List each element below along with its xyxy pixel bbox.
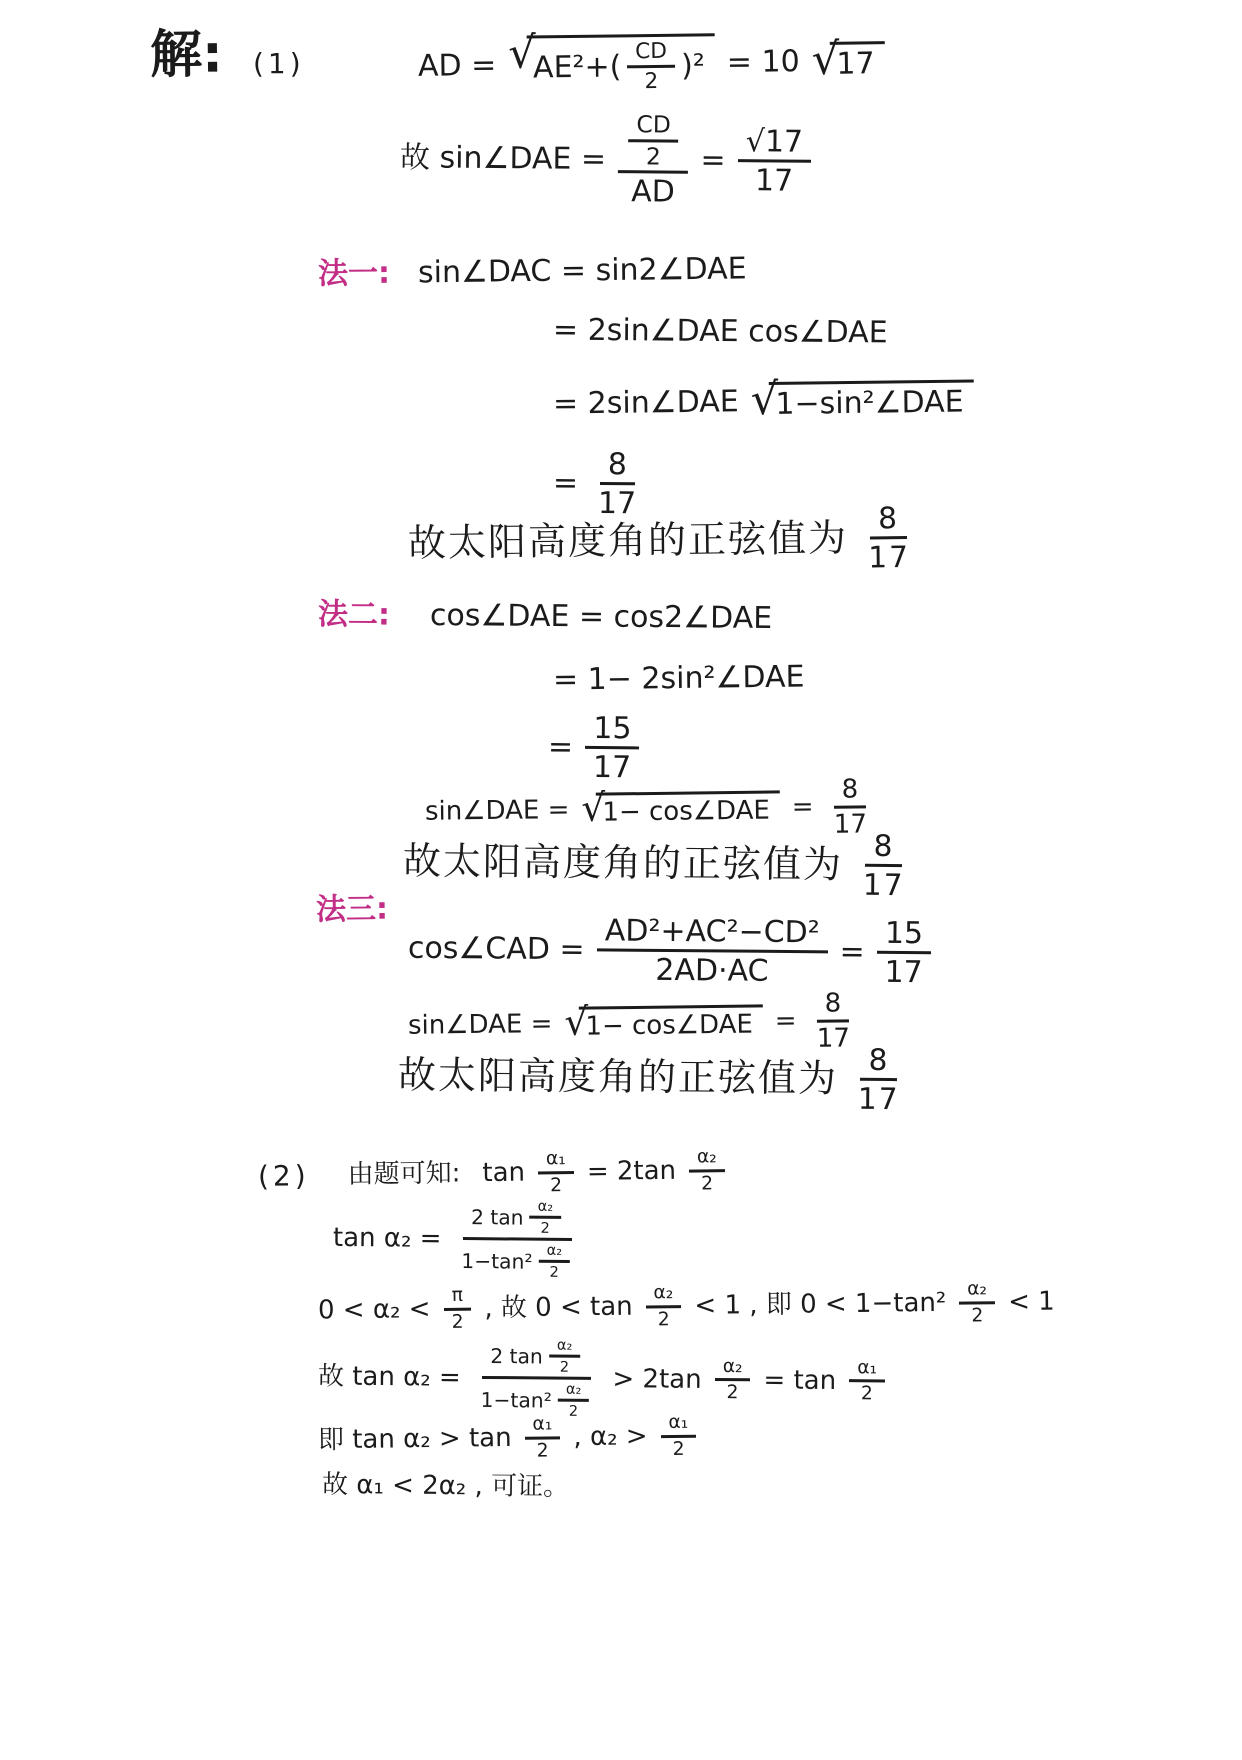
fraction-alpha1-2: α₁ 2	[660, 1413, 696, 1461]
fraction-8-17: 8 17	[855, 830, 913, 902]
fraction-numerator: α₁	[524, 1414, 560, 1439]
fraction-denominator: 2	[552, 1358, 577, 1376]
fraction-numerator: π	[444, 1286, 472, 1311]
gu-lhs: 故 tan α₂ =	[318, 1362, 461, 1392]
fraction-cosine-rule: AD²+AC²−CD² 2AD·AC	[596, 914, 828, 988]
numerator-pre: 2 tan	[471, 1206, 524, 1229]
equals-sign: =	[839, 936, 864, 970]
method2-step2: = 1− 2sin²∠DAE	[553, 660, 805, 697]
radicand-post: )²	[681, 49, 705, 83]
fraction-pi-2: π 2	[443, 1286, 471, 1333]
conclusion-text: 故太阳高度角的正弦值为	[403, 840, 843, 886]
fraction-cd2-over-ad: CD 2 AD	[618, 112, 689, 209]
final-statement: 故 α₁ < 2α₂ , 可证。	[322, 1471, 569, 1502]
fraction-alpha2-2: α₂ 2	[538, 1243, 570, 1281]
fraction-denominator: 2	[638, 142, 669, 170]
radicand: 1−sin²∠DAE	[769, 379, 974, 421]
fraction-denominator: 17	[850, 1080, 908, 1115]
fraction-8-17: 8 17	[850, 1044, 908, 1116]
sin-dae-lhs: 故 sin∠DAE =	[400, 142, 606, 177]
cos-cad-lhs: cos∠CAD =	[408, 932, 585, 967]
fraction-numerator: 8	[865, 830, 902, 867]
fraction-denominator: 2	[529, 1439, 557, 1462]
part1-number-label: (1)	[253, 48, 305, 79]
fraction-denominator: 17	[876, 954, 930, 989]
sqrt-radical: √ 1− cos∠DAE	[564, 1004, 763, 1042]
fraction-alpha2-2: α₂ 2	[549, 1338, 581, 1376]
radicand: 1− cos∠DAE	[579, 1004, 763, 1041]
fraction-denominator: 17	[747, 162, 801, 197]
fraction-8-17: 8 17	[860, 502, 919, 574]
fraction-cd-2: CD 2	[628, 112, 679, 170]
radicand-pre: AE²+(	[533, 50, 622, 85]
fraction-numerator: CD	[628, 112, 679, 142]
range-end: < 1	[1008, 1288, 1055, 1318]
formula-ad: AD = √ AE²+( CD 2 )² = 10 √ 17	[418, 31, 887, 96]
fraction-denominator: 2	[532, 1219, 557, 1237]
part1-number: (1)	[253, 48, 305, 79]
fraction-alpha2-2: α₂ 2	[714, 1357, 750, 1404]
greater-than-2tan: > 2tan	[612, 1365, 701, 1395]
fraction-denominator: 2	[963, 1304, 991, 1327]
range-mid1: , 故 0 < tan	[484, 1293, 633, 1324]
solution-prefix: 解:	[150, 26, 224, 85]
denominator-pre: 1−tan²	[461, 1250, 532, 1273]
fraction-alpha1-2: α₁ 2	[538, 1149, 574, 1197]
radicand: 1− cos∠DAE	[596, 790, 780, 827]
radical-sign-icon: √	[811, 39, 839, 79]
fraction-numerator: 8	[860, 1044, 897, 1081]
method2-step2-text: = 1− 2sin²∠DAE	[553, 660, 805, 697]
fraction-numerator: 8	[817, 989, 850, 1022]
fraction-numerator: 15	[877, 917, 932, 954]
part2-number-label: (2)	[258, 1160, 310, 1192]
part2-range-line: 0 < α₂ < π 2 , 故 0 < tan α₂ 2 < 1 , 即 0 …	[318, 1279, 1055, 1335]
fraction-denominator: 2	[665, 1437, 693, 1460]
fraction-denominator: 2	[636, 68, 666, 94]
ji-mid: , α₂ >	[573, 1422, 647, 1452]
equals-sign: =	[548, 731, 573, 765]
handwritten-solution-page: 解: (1) AD = √ AE²+( CD 2 )² = 10 √ 17 故 …	[0, 0, 1242, 1760]
denominator-pre: 1−tan²	[480, 1389, 551, 1412]
fraction-numerator: 2 tan α₂ 2	[482, 1337, 591, 1380]
fraction-denominator: 2	[853, 1382, 881, 1405]
fraction-numerator: α₁	[660, 1413, 696, 1438]
method1-step1: 法一: sin∠DAC = sin2∠DAE	[318, 252, 747, 291]
method3-label: 法三:	[316, 893, 388, 927]
fraction-numerator: 8	[834, 775, 867, 808]
fraction-alpha2-2: α₂ 2	[689, 1147, 725, 1195]
method1-label: 法一:	[318, 257, 390, 291]
ad-lhs: AD =	[418, 49, 497, 84]
equals-2tan: = 2tan	[587, 1157, 677, 1187]
fraction-denominator: 17	[860, 538, 918, 573]
fraction-numerator: 2 tan α₂ 2	[463, 1198, 572, 1241]
fraction-denominator: 1−tan² α₂ 2	[453, 1240, 581, 1281]
fraction-numerator: α₂	[538, 1243, 570, 1263]
fraction-numerator: α₂	[645, 1283, 681, 1308]
fraction-alpha1-2: α₁ 2	[849, 1358, 885, 1405]
conclusion-text: 故太阳高度角的正弦值为	[408, 517, 849, 565]
method1-step2: = 2sin∠DAE cos∠DAE	[553, 314, 888, 351]
ji-pre: 即 tan α₂ > tan	[318, 1424, 512, 1455]
fraction-denominator: 2	[718, 1381, 746, 1404]
method1-step2-text: = 2sin∠DAE cos∠DAE	[553, 314, 888, 351]
fraction-alpha2-2: α₂ 2	[645, 1283, 681, 1331]
equals-sign: =	[792, 793, 814, 822]
fraction-numerator: α₂	[558, 1382, 590, 1402]
fraction-denominator: 17	[855, 866, 913, 901]
fraction-15-17: 15 17	[585, 712, 640, 784]
fraction-numerator: 8	[600, 448, 635, 485]
fraction-denominator: 2	[443, 1310, 471, 1333]
fraction-denominator: 2	[542, 1174, 570, 1197]
part2-ji-line: 即 tan α₂ > tan α₁ 2 , α₂ > α₁ 2	[318, 1413, 700, 1465]
method2-label: 法二:	[318, 598, 390, 632]
fraction-alpha1-2: α₁ 2	[524, 1414, 560, 1462]
fraction-denominator: 2	[541, 1263, 566, 1281]
radical-sign-icon: √	[564, 1005, 588, 1040]
fraction-numerator: α₁	[538, 1149, 574, 1174]
equals-sign: =	[700, 144, 725, 178]
tan-word: tan	[482, 1159, 525, 1189]
fraction-numerator: CD	[627, 40, 675, 68]
fraction-sqrt17-17: √17 17	[737, 125, 811, 198]
tan-alpha2-lhs: tan α₂ =	[333, 1223, 442, 1253]
equals-tan: = tan	[763, 1366, 836, 1396]
method2-conclusion: 故太阳高度角的正弦值为 8 17	[403, 826, 915, 902]
part2-tan-identity: tan α₂ = 2 tan α₂ 2 1−tan² α₂ 2	[333, 1197, 584, 1281]
sin-dae-lhs: sin∠DAE =	[425, 796, 570, 827]
fraction-denominator: AD	[623, 174, 683, 210]
conclusion-text: 故太阳高度角的正弦值为	[398, 1054, 838, 1100]
fraction-numerator: α₁	[849, 1358, 885, 1383]
method1-conclusion: 故太阳高度角的正弦值为 8 17	[408, 502, 921, 579]
fraction-numerator: α₂	[530, 1199, 562, 1219]
sqrt-radical: √ 1−sin²∠DAE	[750, 379, 973, 422]
fraction-denominator: 2AD·AC	[647, 952, 777, 988]
fraction-numerator: 8	[870, 502, 907, 539]
fraction-cd-2: CD 2	[627, 40, 675, 94]
method3-conclusion: 故太阳高度角的正弦值为 8 17	[398, 1040, 910, 1116]
equals-sign: =	[553, 467, 578, 501]
sqrt-radical: √ AE²+( CD 2 )²	[508, 33, 715, 95]
range-mid2: < 1 , 即 0 < 1−tan²	[694, 1289, 946, 1321]
fraction-denominator: 2	[650, 1308, 678, 1331]
method1-step3-pre: = 2sin∠DAE	[553, 386, 739, 422]
method3-step1: cos∠CAD = AD²+AC²−CD² 2AD·AC = 15 17	[408, 913, 934, 990]
ad-equals-ten: = 10	[727, 45, 800, 79]
part2-intro: 由题可知:	[348, 1159, 461, 1189]
method3-label-line: 法三:	[316, 893, 388, 927]
radical-sign-icon: √	[508, 33, 536, 73]
equals-sign: =	[775, 1007, 797, 1036]
method2-step3: = 15 17	[548, 712, 642, 785]
part2-inequality-line: 故 tan α₂ = 2 tan α₂ 2 1−tan² α₂ 2 > 2tan…	[318, 1336, 889, 1423]
fraction-numerator: √17	[738, 125, 812, 163]
sqrt-radical-17: √ 17	[811, 41, 884, 82]
fraction-numerator: AD²+AC²−CD²	[597, 914, 828, 953]
radical-sign-icon: √	[581, 791, 605, 826]
fraction-alpha2-2: α₂ 2	[959, 1279, 995, 1327]
fraction-numerator: α₂	[959, 1279, 995, 1304]
part2-final-line: 故 α₁ < 2α₂ , 可证。	[322, 1471, 569, 1502]
fraction-denominator: 2	[693, 1172, 721, 1195]
sin-dae-lhs: sin∠DAE =	[408, 1010, 553, 1041]
fraction-numerator: α₂	[715, 1357, 751, 1382]
method2-step1-text: cos∠DAE = cos2∠DAE	[430, 599, 772, 636]
fraction-numerator: CD 2	[618, 112, 689, 174]
range-pre: 0 < α₂ <	[318, 1295, 431, 1325]
fraction-double-angle: 2 tan α₂ 2 1−tan² α₂ 2	[453, 1198, 581, 1281]
formula-sin-dae: 故 sin∠DAE = CD 2 AD = √17 17	[400, 110, 814, 210]
solution-prefix-label: 解:	[150, 26, 224, 85]
method1-step3: = 2sin∠DAE √ 1−sin²∠DAE	[553, 379, 976, 424]
radical-sign-icon: √	[750, 380, 778, 420]
fraction-double-angle: 2 tan α₂ 2 1−tan² α₂ 2	[472, 1337, 600, 1420]
method1-step1-text: sin∠DAC = sin2∠DAE	[418, 252, 747, 290]
part2-given: (2) 由题可知: tan α₁ 2 = 2tan α₂ 2	[258, 1147, 728, 1200]
radicand: AE²+( CD 2 )²	[527, 33, 716, 95]
fraction-numerator: α₂	[549, 1338, 581, 1358]
fraction-numerator: α₂	[689, 1147, 725, 1172]
fraction-numerator: 15	[585, 712, 640, 749]
fraction-alpha2-2: α₂ 2	[529, 1199, 561, 1237]
numerator-pre: 2 tan	[490, 1345, 543, 1368]
fraction-15-17: 15 17	[876, 917, 931, 989]
sqrt-radical: √ 1− cos∠DAE	[581, 790, 780, 828]
method2-step1: 法二: cos∠DAE = cos2∠DAE	[318, 598, 772, 636]
